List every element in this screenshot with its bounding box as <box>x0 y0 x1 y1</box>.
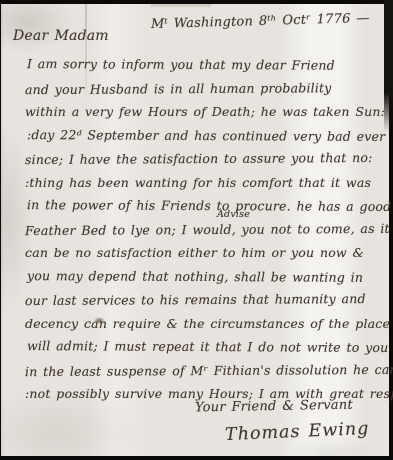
letter-line: you may depend that nothing, shall be wa… <box>27 264 383 289</box>
letter-body: I am sorry to inform you that my dear Fr… <box>25 53 383 406</box>
letter-line: Feather Bed to lye on; I would, you not … <box>25 216 383 242</box>
scan-edge-notch <box>151 4 211 7</box>
letter-line: I am sorry to inform you that my dear Fr… <box>27 52 383 77</box>
signature: Thomas Ewing <box>224 419 369 445</box>
closing-line: Your Friend & Servant <box>195 398 353 416</box>
letter-line: in the least suspense of Mʳ Fithian's di… <box>25 357 383 383</box>
inserted-word-advise: Advise <box>217 209 250 220</box>
letter-line: our last services to his remains that hu… <box>25 287 383 313</box>
letter-line: can be no satisfaction either to him or … <box>25 241 383 265</box>
ink-smudge <box>94 317 105 324</box>
letter-line: decency can require & the circumstances … <box>25 312 383 336</box>
letter-line: in the power of his Friends to procure. … <box>27 193 383 218</box>
letter-line: :day 22ᵈ September and has continued ver… <box>27 123 383 148</box>
letter-line: and your Husband is in all human probabi… <box>25 75 383 101</box>
letter-line: will admit; I must repeat it that I do n… <box>27 334 383 359</box>
dateline: Mᵗ Washington 8ᵗʰ Octʳ 1776 — <box>151 11 370 32</box>
salutation: Dear Madam <box>13 28 109 44</box>
letter-line: since; I have the satisfaction to assure… <box>25 146 383 172</box>
letter-line: :thing has been wanting for his comfort … <box>25 171 383 195</box>
letter-line: within a very few Hours of Death; he was… <box>25 100 383 124</box>
letter-photo: Mᵗ Washington 8ᵗʰ Octʳ 1776 — Dear Madam… <box>0 0 393 460</box>
scan-dark-edge-right <box>384 0 393 132</box>
letter-paper: Mᵗ Washington 8ᵗʰ Octʳ 1776 — Dear Madam… <box>1 4 389 456</box>
